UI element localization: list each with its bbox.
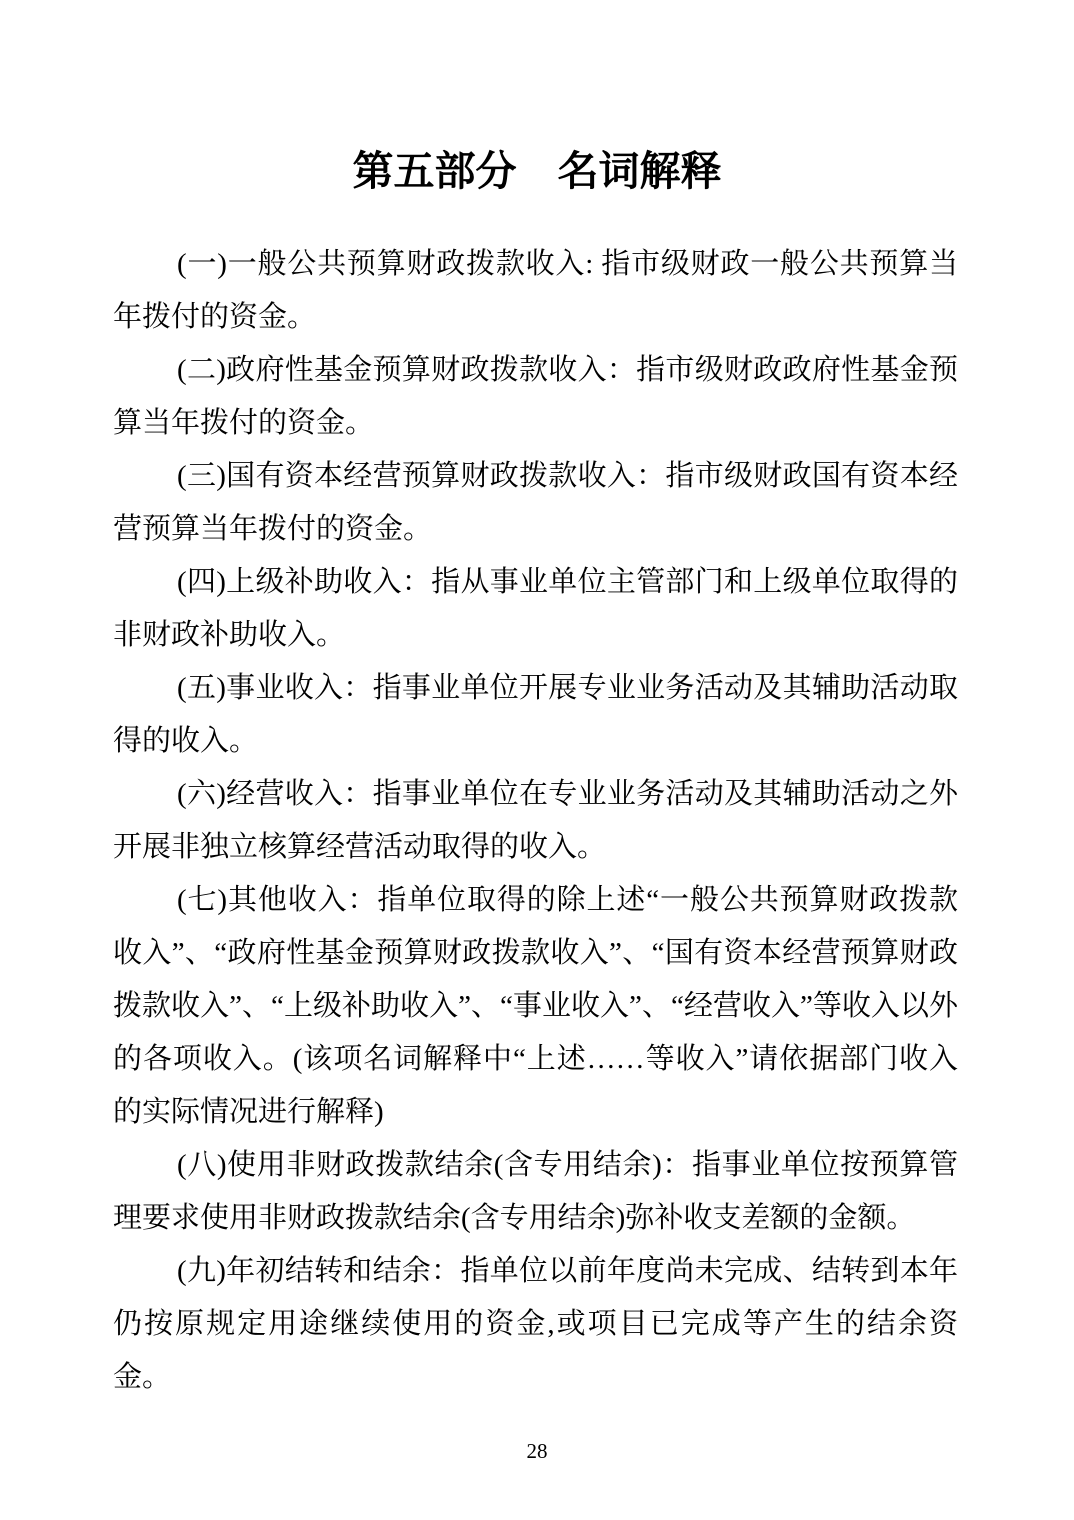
paragraph: (八)使用非财政拨款结余(含专用结余)：指事业单位按预算管理要求使用非财政拨款结…: [113, 1139, 958, 1245]
paragraph: (一)一般公共预算财政拨款收入: 指市级财政一般公共预算当年拨付的资金。: [113, 238, 958, 344]
document-page: 第五部分 名词解释 (一)一般公共预算财政拨款收入: 指市级财政一般公共预算当年…: [0, 0, 1074, 1520]
paragraph: (三)国有资本经营预算财政拨款收入：指市级财政国有资本经营预算当年拨付的资金。: [113, 450, 958, 556]
paragraph: (五)事业收入：指事业单位开展专业业务活动及其辅助活动取得的收入。: [113, 662, 958, 768]
paragraph: (九)年初结转和结余：指单位以前年度尚未完成、结转到本年仍按原规定用途继续使用的…: [113, 1245, 958, 1404]
document-body: (一)一般公共预算财政拨款收入: 指市级财政一般公共预算当年拨付的资金。 (二)…: [113, 238, 958, 1404]
page-number: 28: [0, 1438, 1074, 1464]
paragraph: (六)经营收入：指事业单位在专业业务活动及其辅助活动之外开展非独立核算经营活动取…: [113, 768, 958, 874]
paragraph: (四)上级补助收入：指从事业单位主管部门和上级单位取得的非财政补助收入。: [113, 556, 958, 662]
paragraph: (七)其他收入：指单位取得的除上述“一般公共预算财政拨款收入”、“政府性基金预算…: [113, 874, 958, 1139]
paragraph: (二)政府性基金预算财政拨款收入：指市级财政政府性基金预算当年拨付的资金。: [113, 344, 958, 450]
page-title: 第五部分 名词解释: [0, 146, 1074, 196]
